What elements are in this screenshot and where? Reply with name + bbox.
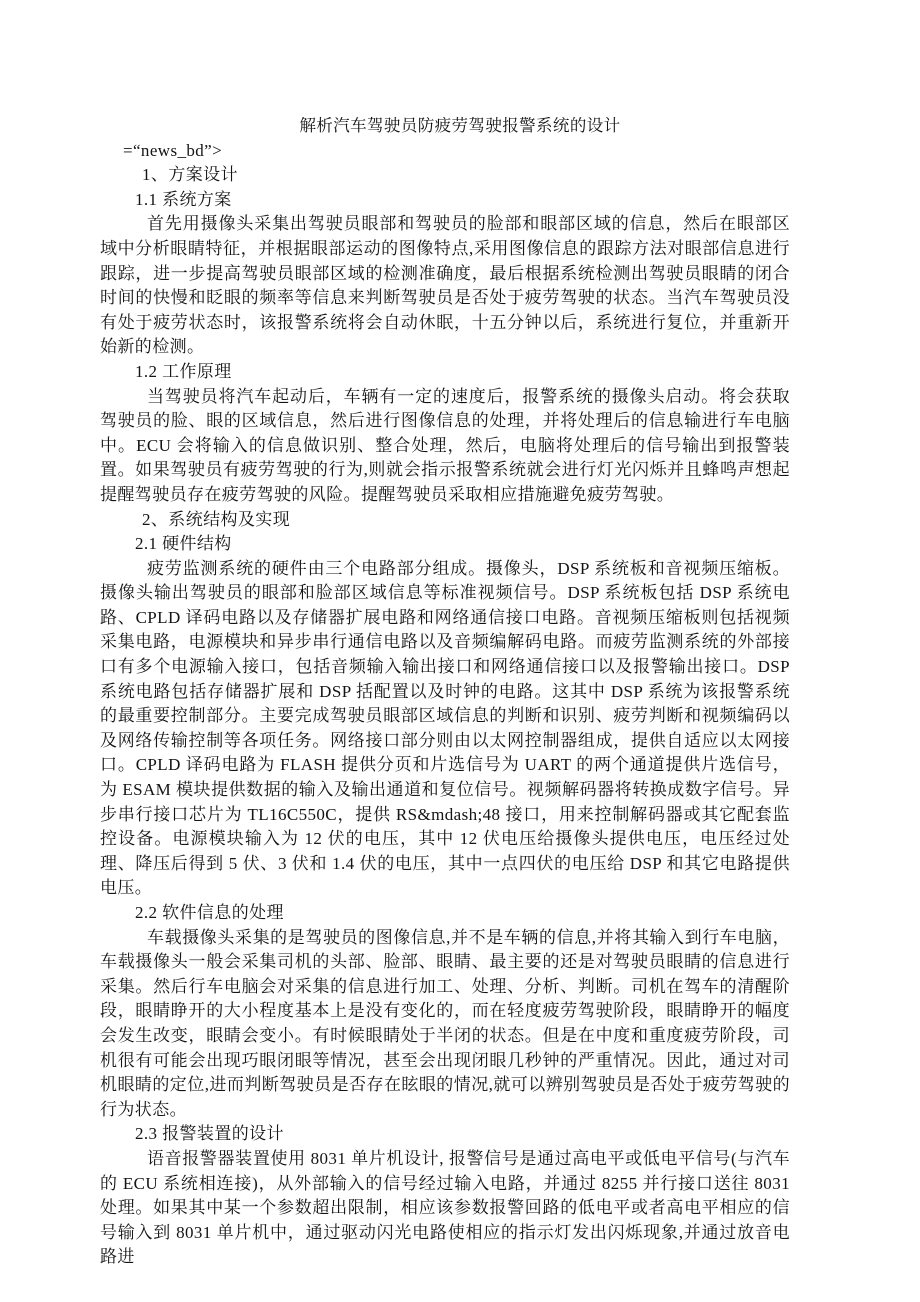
meta-markup-line: =“news_bd”> [100, 139, 790, 164]
body-paragraph: 疲劳监测系统的硬件由三个电路部分组成。摄像头，DSP 系统板和音视频压缩板。摄像… [100, 557, 790, 901]
section-heading-1: 1、方案设计 [100, 163, 790, 188]
body-paragraph: 当驾驶员将汽车起动后，车辆有一定的速度后，报警系统的摄像头启动。将会获取驾驶员的… [100, 385, 790, 508]
subsection-heading-2-2: 2.2 软件信息的处理 [100, 901, 790, 926]
subsection-heading-2-3: 2.3 报警装置的设计 [100, 1122, 790, 1147]
subsection-heading-1-2: 1.2 工作原理 [100, 360, 790, 385]
subsection-heading-1-1: 1.1 系统方案 [100, 188, 790, 213]
body-paragraph: 车载摄像头采集的是驾驶员的图像信息,并不是车辆的信息,并将其输入到行车电脑，车载… [100, 926, 790, 1123]
subsection-heading-2-1: 2.1 硬件结构 [100, 532, 790, 557]
body-paragraph: 语音报警器装置使用 8031 单片机设计, 报警信号是通过高电平或低电平信号(与… [100, 1147, 790, 1270]
body-paragraph: 首先用摄像头采集出驾驶员眼部和驾驶员的脸部和眼部区域的信息，然后在眼部区域中分析… [100, 212, 790, 360]
document-page: 解析汽车驾驶员防疲劳驾驶报警系统的设计 =“news_bd”> 1、方案设计 1… [0, 0, 920, 1302]
section-heading-2: 2、系统结构及实现 [100, 508, 790, 533]
document-title: 解析汽车驾驶员防疲劳驾驶报警系统的设计 [0, 114, 920, 139]
